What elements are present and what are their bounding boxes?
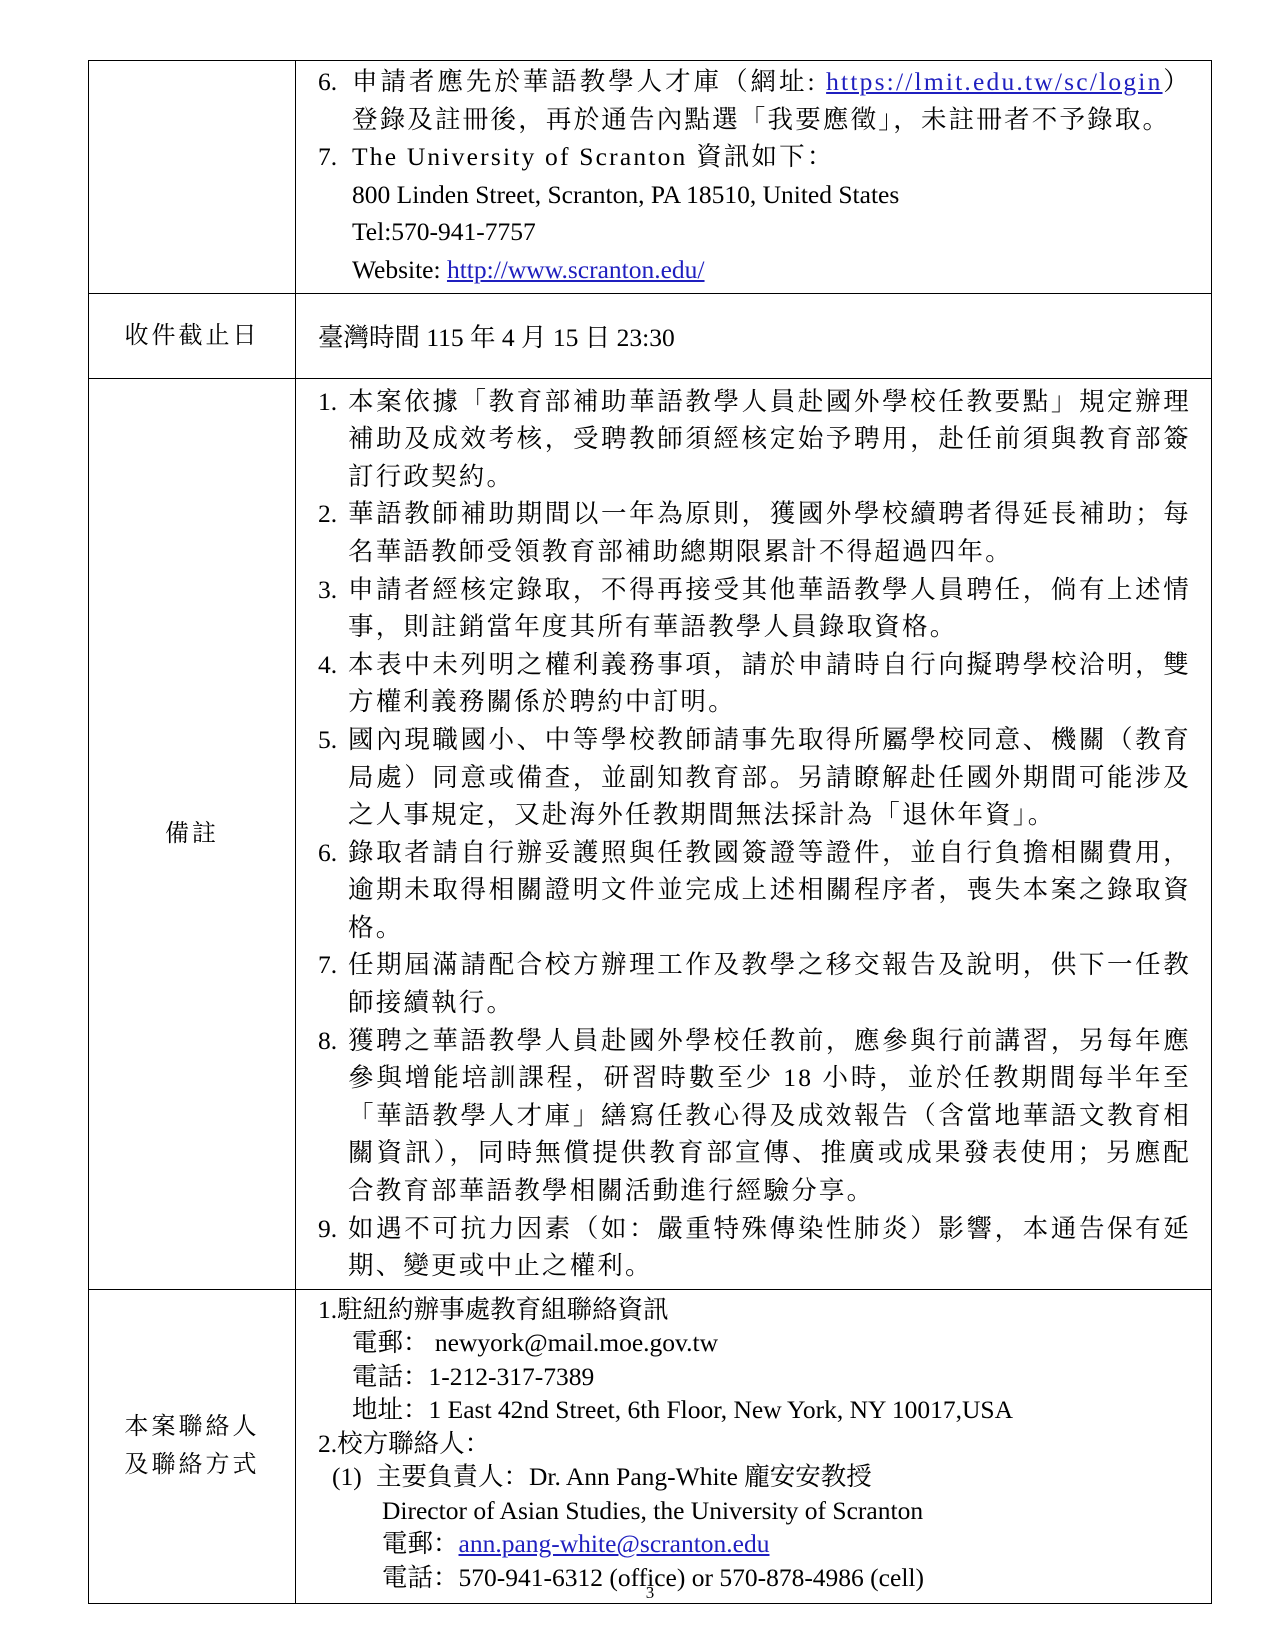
info-table: 6. 申請者應先於華語教學人才庫（網址: https://lmit.edu.tw… bbox=[88, 60, 1212, 1604]
ny-office-title: 1.駐紐約辦事處教育組聯絡資訊 bbox=[318, 1293, 1191, 1327]
item-text: 申請者應先於華語教學人才庫（網址: https://lmit.edu.tw/sc… bbox=[352, 63, 1191, 138]
university-website-link[interactable]: http://www.scranton.edu/ bbox=[447, 255, 705, 284]
talent-pool-link[interactable]: https://lmit.edu.tw/sc/login bbox=[826, 67, 1162, 96]
remark-item-5: 5. 國內現職國小、中等學校教師請事先取得所屬學校同意、機關（教育局處）同意或備… bbox=[318, 721, 1191, 834]
item-number: 7. bbox=[318, 946, 348, 1021]
contacts-label-line-1: 本案聯絡人 bbox=[89, 1408, 295, 1446]
page-number: 3 bbox=[640, 1583, 660, 1603]
school-contact-title: 2.校方聯絡人： bbox=[318, 1427, 1191, 1461]
remark-text: 本表中未列明之權利義務事項，請於申請時自行向擬聘學校洽明，雙方權利義務關係於聘約… bbox=[348, 646, 1191, 721]
item-number: 2. bbox=[318, 495, 348, 570]
contacts-label: 本案聯絡人 及聯絡方式 bbox=[89, 1289, 296, 1603]
item-number: 8. bbox=[318, 1022, 348, 1210]
item-number: 6. bbox=[318, 63, 352, 138]
university-info-heading: The University of Scranton 資訊如下： bbox=[352, 138, 1191, 176]
website-label: Website: bbox=[352, 255, 447, 284]
remark-text: 錄取者請自行辦妥護照與任教國簽證等證件，並自行負擔相關費用，逾期未取得相關證明文… bbox=[348, 834, 1191, 947]
remark-text: 國內現職國小、中等學校教師請事先取得所屬學校同意、機關（教育局處）同意或備查，並… bbox=[348, 721, 1191, 834]
primary-contact-email-link[interactable]: ann.pang-white@scranton.edu bbox=[459, 1529, 770, 1558]
primary-contact-name: 主要負責人：Dr. Ann Pang-White 龐安安教授 bbox=[376, 1462, 872, 1491]
table-row-application-info: 6. 申請者應先於華語教學人才庫（網址: https://lmit.edu.tw… bbox=[89, 61, 1212, 294]
remark-text: 本案依據「教育部補助華語教學人員赴國外學校任教要點」規定辦理補助及成效考核，受聘… bbox=[348, 383, 1191, 496]
deadline-label: 收件截止日 bbox=[89, 293, 296, 378]
university-website: Website: http://www.scranton.edu/ bbox=[318, 251, 1191, 289]
deadline-value: 臺灣時間 115 年 4 月 15 日 23:30 bbox=[296, 293, 1212, 378]
remark-text: 華語教師補助期間以一年為原則，獲國外學校續聘者得延長補助；每名華語教師受領教育部… bbox=[348, 495, 1191, 570]
remark-item-2: 2. 華語教師補助期間以一年為原則，獲國外學校續聘者得延長補助；每名華語教師受領… bbox=[318, 495, 1191, 570]
primary-contact: (1)主要負責人：Dr. Ann Pang-White 龐安安教授 bbox=[318, 1460, 1191, 1494]
remark-item-3: 3. 申請者經核定錄取，不得再接受其他華語教學人員聘任，倘有上述情事，則註銷當年… bbox=[318, 571, 1191, 646]
application-info-cell: 6. 申請者應先於華語教學人才庫（網址: https://lmit.edu.tw… bbox=[296, 61, 1212, 294]
list-item-6: 6. 申請者應先於華語教學人才庫（網址: https://lmit.edu.tw… bbox=[318, 63, 1191, 138]
primary-contact-position: Director of Asian Studies, the Universit… bbox=[318, 1494, 1191, 1528]
primary-contact-email: 電郵：ann.pang-white@scranton.edu bbox=[318, 1527, 1191, 1561]
university-tel: Tel:570-941-7757 bbox=[318, 213, 1191, 251]
table-row-contacts: 本案聯絡人 及聯絡方式 1.駐紐約辦事處教育組聯絡資訊 電郵： newyork@… bbox=[89, 1289, 1212, 1603]
table-row-remarks: 備註 1. 本案依據「教育部補助華語教學人員赴國外學校任教要點」規定辦理補助及成… bbox=[89, 378, 1212, 1289]
item-number: 4. bbox=[318, 646, 348, 721]
item-number: 7. bbox=[318, 138, 352, 176]
primary-contact-phone: 電話：570-941-6312 (office) or 570-878-4986… bbox=[318, 1561, 1191, 1595]
remark-item-6: 6. 錄取者請自行辦妥護照與任教國簽證等證件，並自行負擔相關費用，逾期未取得相關… bbox=[318, 834, 1191, 947]
remark-item-9: 9. 如遇不可抗力因素（如：嚴重特殊傳染性肺炎）影響，本通告保有延期、變更或中止… bbox=[318, 1210, 1191, 1285]
remark-item-8: 8. 獲聘之華語教學人員赴國外學校任教前，應參與行前講習，另每年應參與增能培訓課… bbox=[318, 1022, 1191, 1210]
remark-item-7: 7. 任期屆滿請配合校方辦理工作及教學之移交報告及說明，供下一任教師接續執行。 bbox=[318, 946, 1191, 1021]
remark-text: 申請者經核定錄取，不得再接受其他華語教學人員聘任，倘有上述情事，則註銷當年度其所… bbox=[348, 571, 1191, 646]
university-address: 800 Linden Street, Scranton, PA 18510, U… bbox=[318, 176, 1191, 214]
list-item-7: 7. The University of Scranton 資訊如下： bbox=[318, 138, 1191, 176]
ny-office-address: 地址：1 East 42nd Street, 6th Floor, New Yo… bbox=[318, 1393, 1191, 1427]
item-number: 3. bbox=[318, 571, 348, 646]
row-label-empty bbox=[89, 61, 296, 294]
email-label: 電郵： bbox=[382, 1529, 459, 1558]
ny-office-email: 電郵： newyork@mail.moe.gov.tw bbox=[318, 1326, 1191, 1360]
contacts-label-line-2: 及聯絡方式 bbox=[89, 1446, 295, 1484]
remarks-cell: 1. 本案依據「教育部補助華語教學人員赴國外學校任教要點」規定辦理補助及成效考核… bbox=[296, 378, 1212, 1289]
ny-office-phone: 電話：1-212-317-7389 bbox=[318, 1360, 1191, 1394]
item-text-before-link: 申請者應先於華語教學人才庫（網址: bbox=[352, 67, 826, 96]
sub-item-number: (1) bbox=[332, 1460, 376, 1494]
table-row-deadline: 收件截止日 臺灣時間 115 年 4 月 15 日 23:30 bbox=[89, 293, 1212, 378]
remarks-label: 備註 bbox=[89, 378, 296, 1289]
remark-item-1: 1. 本案依據「教育部補助華語教學人員赴國外學校任教要點」規定辦理補助及成效考核… bbox=[318, 383, 1191, 496]
remark-item-4: 4. 本表中未列明之權利義務事項，請於申請時自行向擬聘學校洽明，雙方權利義務關係… bbox=[318, 646, 1191, 721]
remark-text: 獲聘之華語教學人員赴國外學校任教前，應參與行前講習，另每年應參與增能培訓課程，研… bbox=[348, 1022, 1191, 1210]
item-number: 6. bbox=[318, 834, 348, 947]
remark-text: 任期屆滿請配合校方辦理工作及教學之移交報告及說明，供下一任教師接續執行。 bbox=[348, 946, 1191, 1021]
remark-text: 如遇不可抗力因素（如：嚴重特殊傳染性肺炎）影響，本通告保有延期、變更或中止之權利… bbox=[348, 1210, 1191, 1285]
item-number: 5. bbox=[318, 721, 348, 834]
contacts-cell: 1.駐紐約辦事處教育組聯絡資訊 電郵： newyork@mail.moe.gov… bbox=[296, 1289, 1212, 1603]
item-number: 1. bbox=[318, 383, 348, 496]
item-number: 9. bbox=[318, 1210, 348, 1285]
